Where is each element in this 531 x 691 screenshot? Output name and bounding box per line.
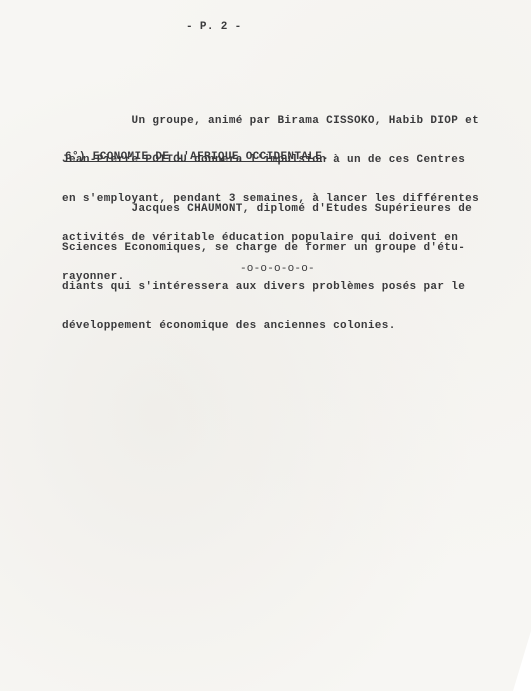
section-heading: 6°) ECONOMIE DE L'AFRIQUE OCCIDENTALE. (65, 151, 329, 164)
scanned-page: - P. 2 - Un groupe, animé par Birama CIS… (0, 0, 531, 691)
paragraph-line: développement économique des anciennes c… (62, 320, 472, 333)
paragraph-line: diants qui s'intéressera aux divers prob… (62, 281, 472, 294)
section-heading-text: 6°) ECONOMIE DE L'AFRIQUE OCCIDENTALE (65, 151, 322, 163)
paragraph-line: Sciences Economiques, se charge de forme… (62, 242, 472, 255)
end-separator: -o-o-o-o-o- (240, 263, 315, 276)
section-heading-period: . (322, 151, 329, 163)
page-corner-fold (513, 631, 531, 691)
paragraph-line: Un groupe, animé par Birama CISSOKO, Hab… (62, 115, 479, 128)
paragraph-line: Jacques CHAUMONT, diplomé d'Etudes Supér… (62, 203, 472, 216)
page-number: - P. 2 - (186, 21, 242, 34)
